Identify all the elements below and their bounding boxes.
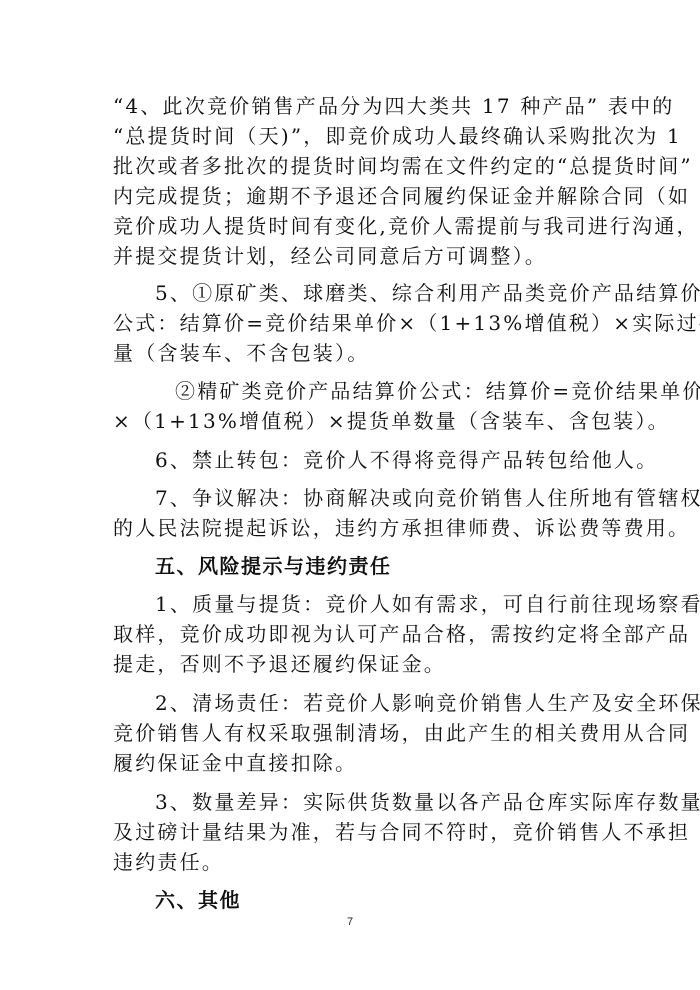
- paragraph-line: 的人民法院提起诉讼，违约方承担律师费、诉讼费等费用。: [113, 513, 596, 543]
- paragraph-line: 量（含装车、不含包装）。: [113, 338, 596, 368]
- paragraph-line: 内完成提货；逾期不予退还合同履约保证金并解除合同（如: [113, 181, 596, 211]
- paragraph-line: ②精矿类竞价产品结算价公式：结算价=竞价结果单价: [175, 376, 596, 406]
- document-page: “4、此次竞价销售产品分为四大类共 17 种产品” 表中的 “总提货时间（天)”…: [0, 0, 700, 990]
- paragraph-line: “4、此次竞价销售产品分为四大类共 17 种产品” 表中的: [113, 91, 596, 121]
- paragraph-line: 5、①原矿类、球磨类、综合利用产品类竞价产品结算价: [155, 278, 596, 308]
- paragraph-line: 竞价成功人提货时间有变化,竞价人需提前与我司进行沟通，: [113, 211, 596, 241]
- paragraph-line: 1、质量与提货：竞价人如有需求，可自行前往现场察看: [155, 589, 596, 619]
- section-heading: 五、风险提示与违约责任: [155, 551, 596, 581]
- paragraph-line: 公式：结算价=竞价结果单价×（1+13%增值税）×实际过磅数: [113, 308, 596, 338]
- paragraph-line: 及过磅计量结果为准，若与合同不符时，竞价销售人不承担: [113, 817, 596, 847]
- paragraph-line: 2、清场责任：若竞价人影响竞价销售人生产及安全环保，: [155, 688, 596, 718]
- paragraph-line: 竞价销售人有权采取强制清场，由此产生的相关费用从合同: [113, 718, 596, 748]
- paragraph-line: 履约保证金中直接扣除。: [113, 748, 596, 778]
- paragraph-line: ×（1+13%增值税）×提货单数量（含装车、含包装）。: [113, 406, 596, 436]
- section-heading: 六、其他: [155, 885, 596, 915]
- paragraph-line: 取样，竞价成功即视为认可产品合格，需按约定将全部产品: [113, 619, 596, 649]
- paragraph-line: 并提交提货计划，经公司同意后方可调整）。: [113, 241, 596, 271]
- paragraph-line: 7、争议解决：协商解决或向竞价销售人住所地有管辖权: [155, 483, 596, 513]
- paragraph-line: 批次或者多批次的提货时间均需在文件约定的“总提货时间”: [113, 151, 596, 181]
- paragraph-line: 提走，否则不予退还履约保证金。: [113, 649, 596, 679]
- paragraph-line: 违约责任。: [113, 847, 596, 877]
- paragraph-line: 6、禁止转包：竞价人不得将竞得产品转包给他人。: [155, 445, 596, 475]
- paragraph-line: “总提货时间（天)”，即竞价成功人最终确认采购批次为 1: [113, 121, 596, 151]
- page-number: 7: [340, 916, 360, 928]
- paragraph-line: 3、数量差异：实际供货数量以各产品仓库实际库存数量: [155, 787, 596, 817]
